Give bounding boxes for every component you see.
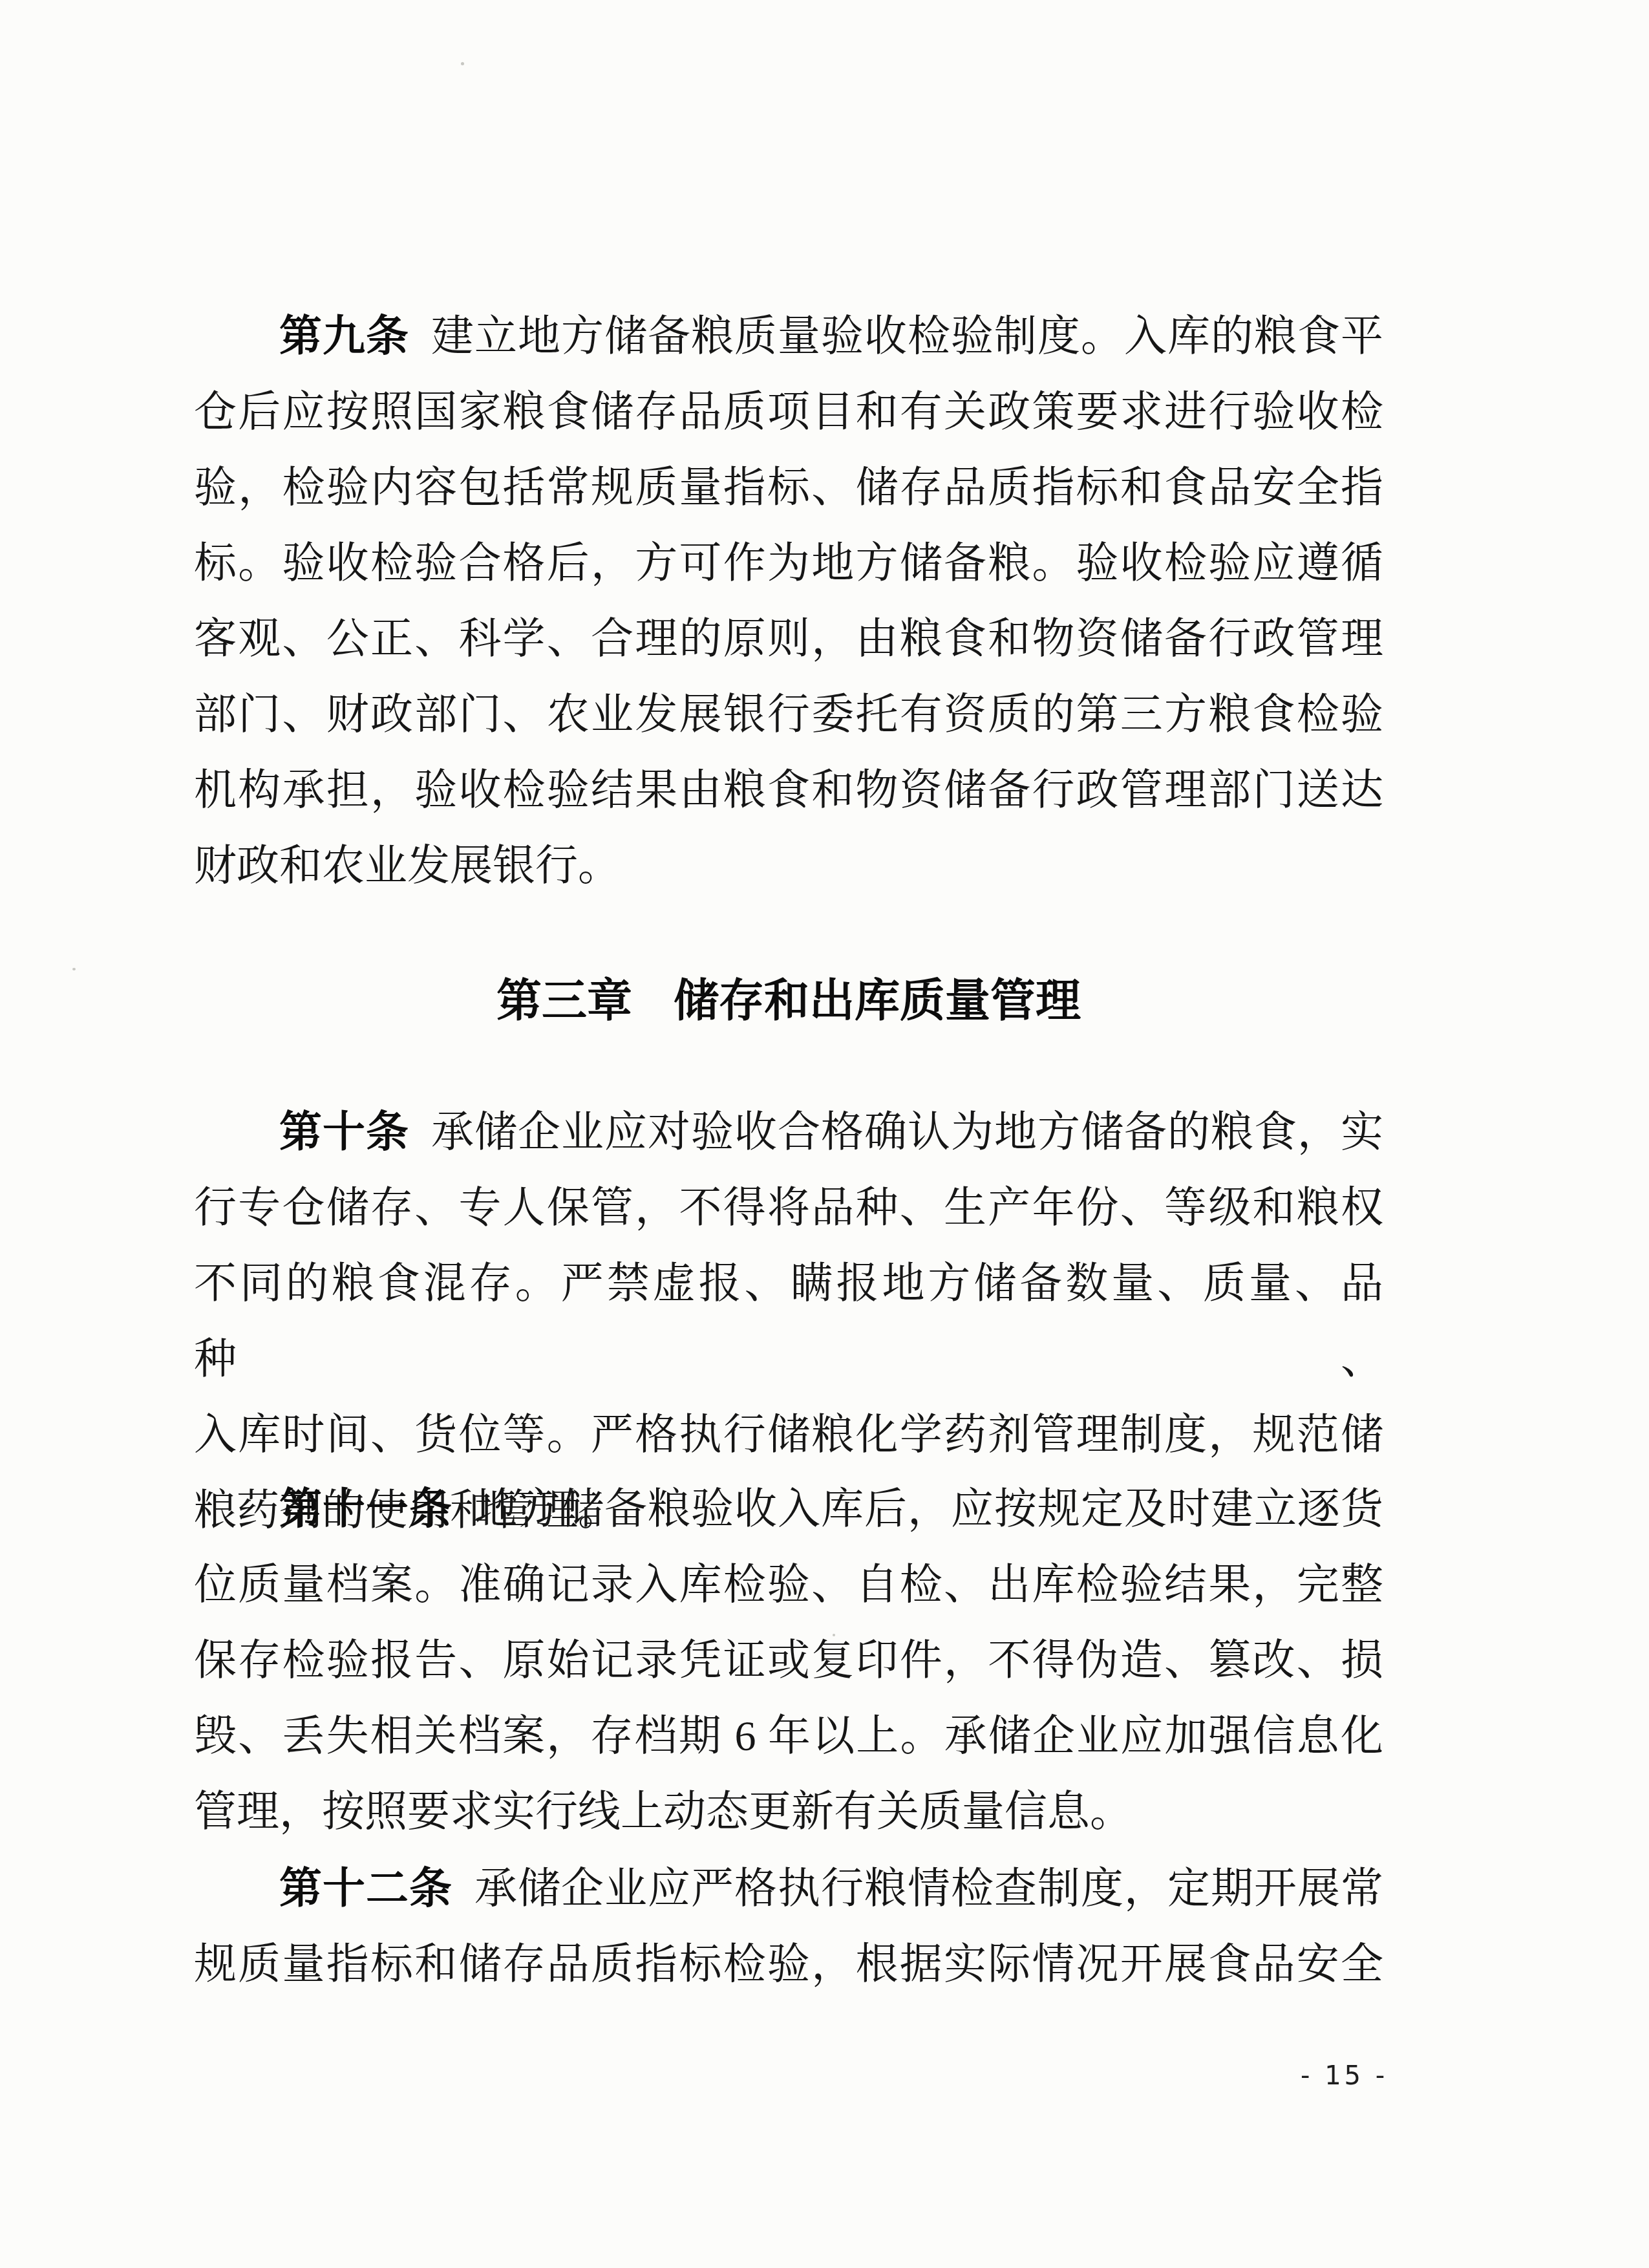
article-9-line: 仓后应按照国家粮食储存品质项目和有关政策要求进行验收检 <box>194 374 1383 450</box>
chapter-heading: 第三章储存和出库质量管理 <box>194 963 1383 1039</box>
document-page: 第九条建立地方储备粮质量验收检验制度。入库的粮食平 仓后应按照国家粮食储存品质项… <box>0 0 1649 2268</box>
article-9-line: 客观、公正、科学、合理的原则，由粮食和物资储备行政管理 <box>194 601 1383 677</box>
article-10-number: 第十条 <box>279 1107 409 1155</box>
article-10-line: 第十条承储企业应对验收合格确认为地方储备的粮食，实 <box>194 1094 1383 1170</box>
article-12-line: 规质量指标和储存品质指标检验，根据实际情况开展食品安全 <box>194 1927 1383 2002</box>
article-12-line: 第十二条承储企业应严格执行粮情检查制度，定期开展常 <box>194 1850 1383 1927</box>
article-10-text: 承储企业应对验收合格确认为地方储备的粮食，实 <box>431 1109 1383 1156</box>
article-9-paragraph: 第九条建立地方储备粮质量验收检验制度。入库的粮食平 仓后应按照国家粮食储存品质项… <box>194 298 1383 904</box>
article-9-line: 验，检验内容包括常规质量指标、储存品质指标和食品安全指 <box>194 450 1383 526</box>
article-10-line: 行专仓储存、专人保管，不得将品种、生产年份、等级和粮权 <box>194 1170 1383 1246</box>
chapter-title: 储存和出库质量管理 <box>674 976 1081 1026</box>
article-12-number: 第十二条 <box>279 1864 452 1912</box>
article-11-line: 毁、丢失相关档案，存档期 6 年以上。承储企业应加强信息化 <box>194 1698 1383 1774</box>
scan-speckle <box>461 62 464 65</box>
article-9-line: 机构承担，验收检验结果由粮食和物资储备行政管理部门送达 <box>194 753 1383 828</box>
article-10-line: 入库时间、货位等。严格执行储粮化学药剂管理制度，规范储 <box>194 1397 1383 1473</box>
article-11-line: 第十一条地方储备粮验收入库后，应按规定及时建立逐货 <box>194 1471 1383 1547</box>
article-11-number: 第十一条 <box>279 1484 452 1532</box>
article-9-line: 第九条建立地方储备粮质量验收检验制度。入库的粮食平 <box>194 298 1383 374</box>
article-9-line: 标。验收检验合格后，方可作为地方储备粮。验收检验应遵循 <box>194 526 1383 601</box>
chapter-number: 第三章 <box>496 976 632 1026</box>
article-11-line: 位质量档案。准确记录入库检验、自检、出库检验结果，完整 <box>194 1547 1383 1623</box>
article-11-paragraph: 第十一条地方储备粮验收入库后，应按规定及时建立逐货 位质量档案。准确记录入库检验… <box>194 1471 1383 1850</box>
article-11-line: 保存检验报告、原始记录凭证或复印件，不得伪造、篡改、损 <box>194 1623 1383 1698</box>
article-9-line: 财政和农业发展银行。 <box>194 828 1383 904</box>
article-11-line: 管理，按照要求实行线上动态更新有关质量信息。 <box>194 1774 1383 1850</box>
page-number: - 15 - <box>1301 2061 1388 2091</box>
article-9-text: 建立地方储备粮质量验收检验制度。入库的粮食平 <box>431 313 1383 360</box>
article-10-line: 不同的粮食混存。严禁虚报、瞒报地方储备数量、质量、品种、 <box>194 1246 1383 1397</box>
article-9-number: 第九条 <box>279 312 409 359</box>
article-12-text: 承储企业应严格执行粮情检查制度，定期开展常 <box>474 1865 1383 1912</box>
article-12-paragraph: 第十二条承储企业应严格执行粮情检查制度，定期开展常 规质量指标和储存品质指标检验… <box>194 1850 1383 2002</box>
scan-speckle <box>72 968 76 970</box>
article-9-line: 部门、财政部门、农业发展银行委托有资质的第三方粮食检验 <box>194 677 1383 753</box>
article-11-text: 地方储备粮验收入库后，应按规定及时建立逐货 <box>474 1486 1383 1533</box>
